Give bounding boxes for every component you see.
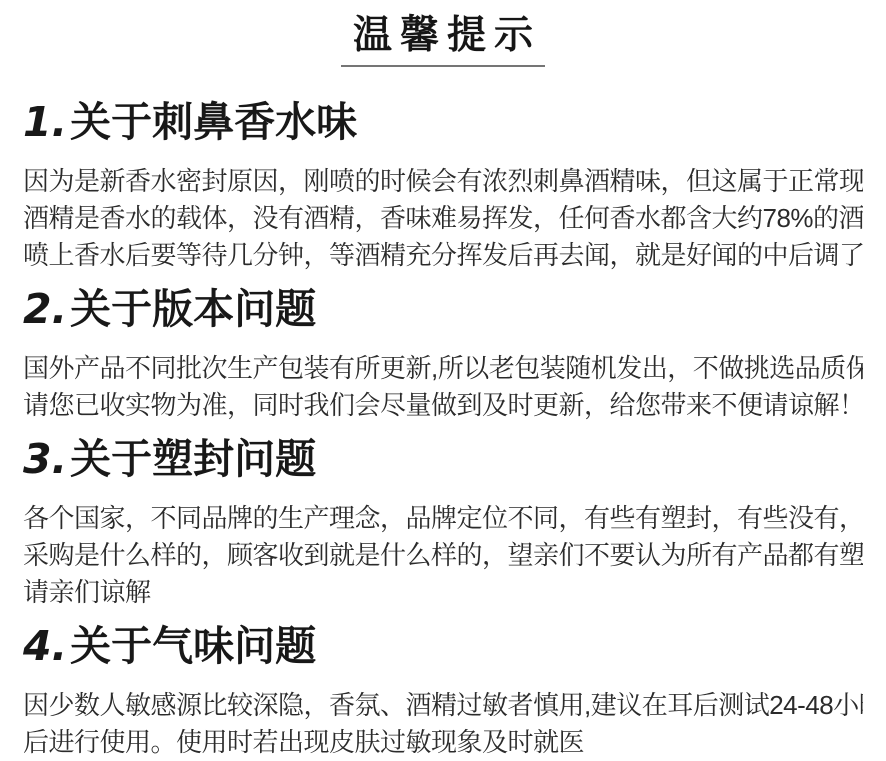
section-perfume-smell: 1.关于刺鼻香水味 因为是新香水密封原因，刚喷的时候会有浓烈刺鼻酒精味，但这属于…: [23, 97, 863, 274]
notice-page: 温馨提示 1.关于刺鼻香水味 因为是新香水密封原因，刚喷的时候会有浓烈刺鼻酒精味…: [0, 0, 886, 761]
paragraph-line: 国外产品不同批次生产包装有所更新,所以老包装随机发出，不做挑选品质保证: [23, 350, 863, 387]
title-block: 温馨提示: [23, 14, 863, 67]
paragraph-line: 请亲们谅解: [23, 574, 863, 611]
section-number: 3.: [23, 435, 70, 483]
page-title: 温馨提示: [341, 14, 545, 67]
section-heading: 3.关于塑封问题: [23, 434, 863, 484]
paragraph-line: 后进行使用。使用时若出现皮肤过敏现象及时就医: [23, 724, 863, 761]
section-heading-text: 关于版本问题: [70, 286, 316, 332]
section-number: 1.: [23, 98, 70, 146]
section-shrink-wrap: 3.关于塑封问题 各个国家，不同品牌的生产理念，品牌定位不同，有些有塑封，有些没…: [23, 434, 863, 611]
section-heading: 1.关于刺鼻香水味: [23, 97, 863, 147]
section-heading-text: 关于气味问题: [70, 623, 316, 669]
section-paragraph: 因少数人敏感源比较深隐，香氛、酒精过敏者慎用,建议在耳后测试24-48小时 后进…: [23, 687, 863, 761]
section-number: 4.: [23, 622, 70, 670]
section-paragraph: 国外产品不同批次生产包装有所更新,所以老包装随机发出，不做挑选品质保证 请您已收…: [23, 350, 863, 424]
paragraph-line: 各个国家，不同品牌的生产理念，品牌定位不同，有些有塑封，有些没有，我们: [23, 500, 863, 537]
section-heading: 4.关于气味问题: [23, 621, 863, 671]
section-version: 2.关于版本问题 国外产品不同批次生产包装有所更新,所以老包装随机发出，不做挑选…: [23, 284, 863, 424]
section-odor: 4.关于气味问题 因少数人敏感源比较深隐，香氛、酒精过敏者慎用,建议在耳后测试2…: [23, 621, 863, 761]
section-heading: 2.关于版本问题: [23, 284, 863, 334]
paragraph-line: 喷上香水后要等待几分钟，等酒精充分挥发后再去闻，就是好闻的中后调了。: [23, 237, 863, 274]
section-heading-text: 关于塑封问题: [70, 436, 316, 482]
paragraph-line: 酒精是香水的载体，没有酒精，香味难易挥发，任何香水都含大约78%的酒精: [23, 200, 863, 237]
section-number: 2.: [23, 285, 70, 333]
paragraph-line: 采购是什么样的，顾客收到就是什么样的，望亲们不要认为所有产品都有塑封。: [23, 537, 863, 574]
section-paragraph: 因为是新香水密封原因，刚喷的时候会有浓烈刺鼻酒精味，但这属于正常现象 酒精是香水…: [23, 163, 863, 274]
paragraph-line: 请您已收实物为准，同时我们会尽量做到及时更新，给您带来不便请谅解！: [23, 387, 863, 424]
section-heading-text: 关于刺鼻香水味: [70, 99, 357, 145]
paragraph-line: 因少数人敏感源比较深隐，香氛、酒精过敏者慎用,建议在耳后测试24-48小时: [23, 687, 863, 724]
paragraph-line: 因为是新香水密封原因，刚喷的时候会有浓烈刺鼻酒精味，但这属于正常现象: [23, 163, 863, 200]
section-paragraph: 各个国家，不同品牌的生产理念，品牌定位不同，有些有塑封，有些没有，我们 采购是什…: [23, 500, 863, 611]
